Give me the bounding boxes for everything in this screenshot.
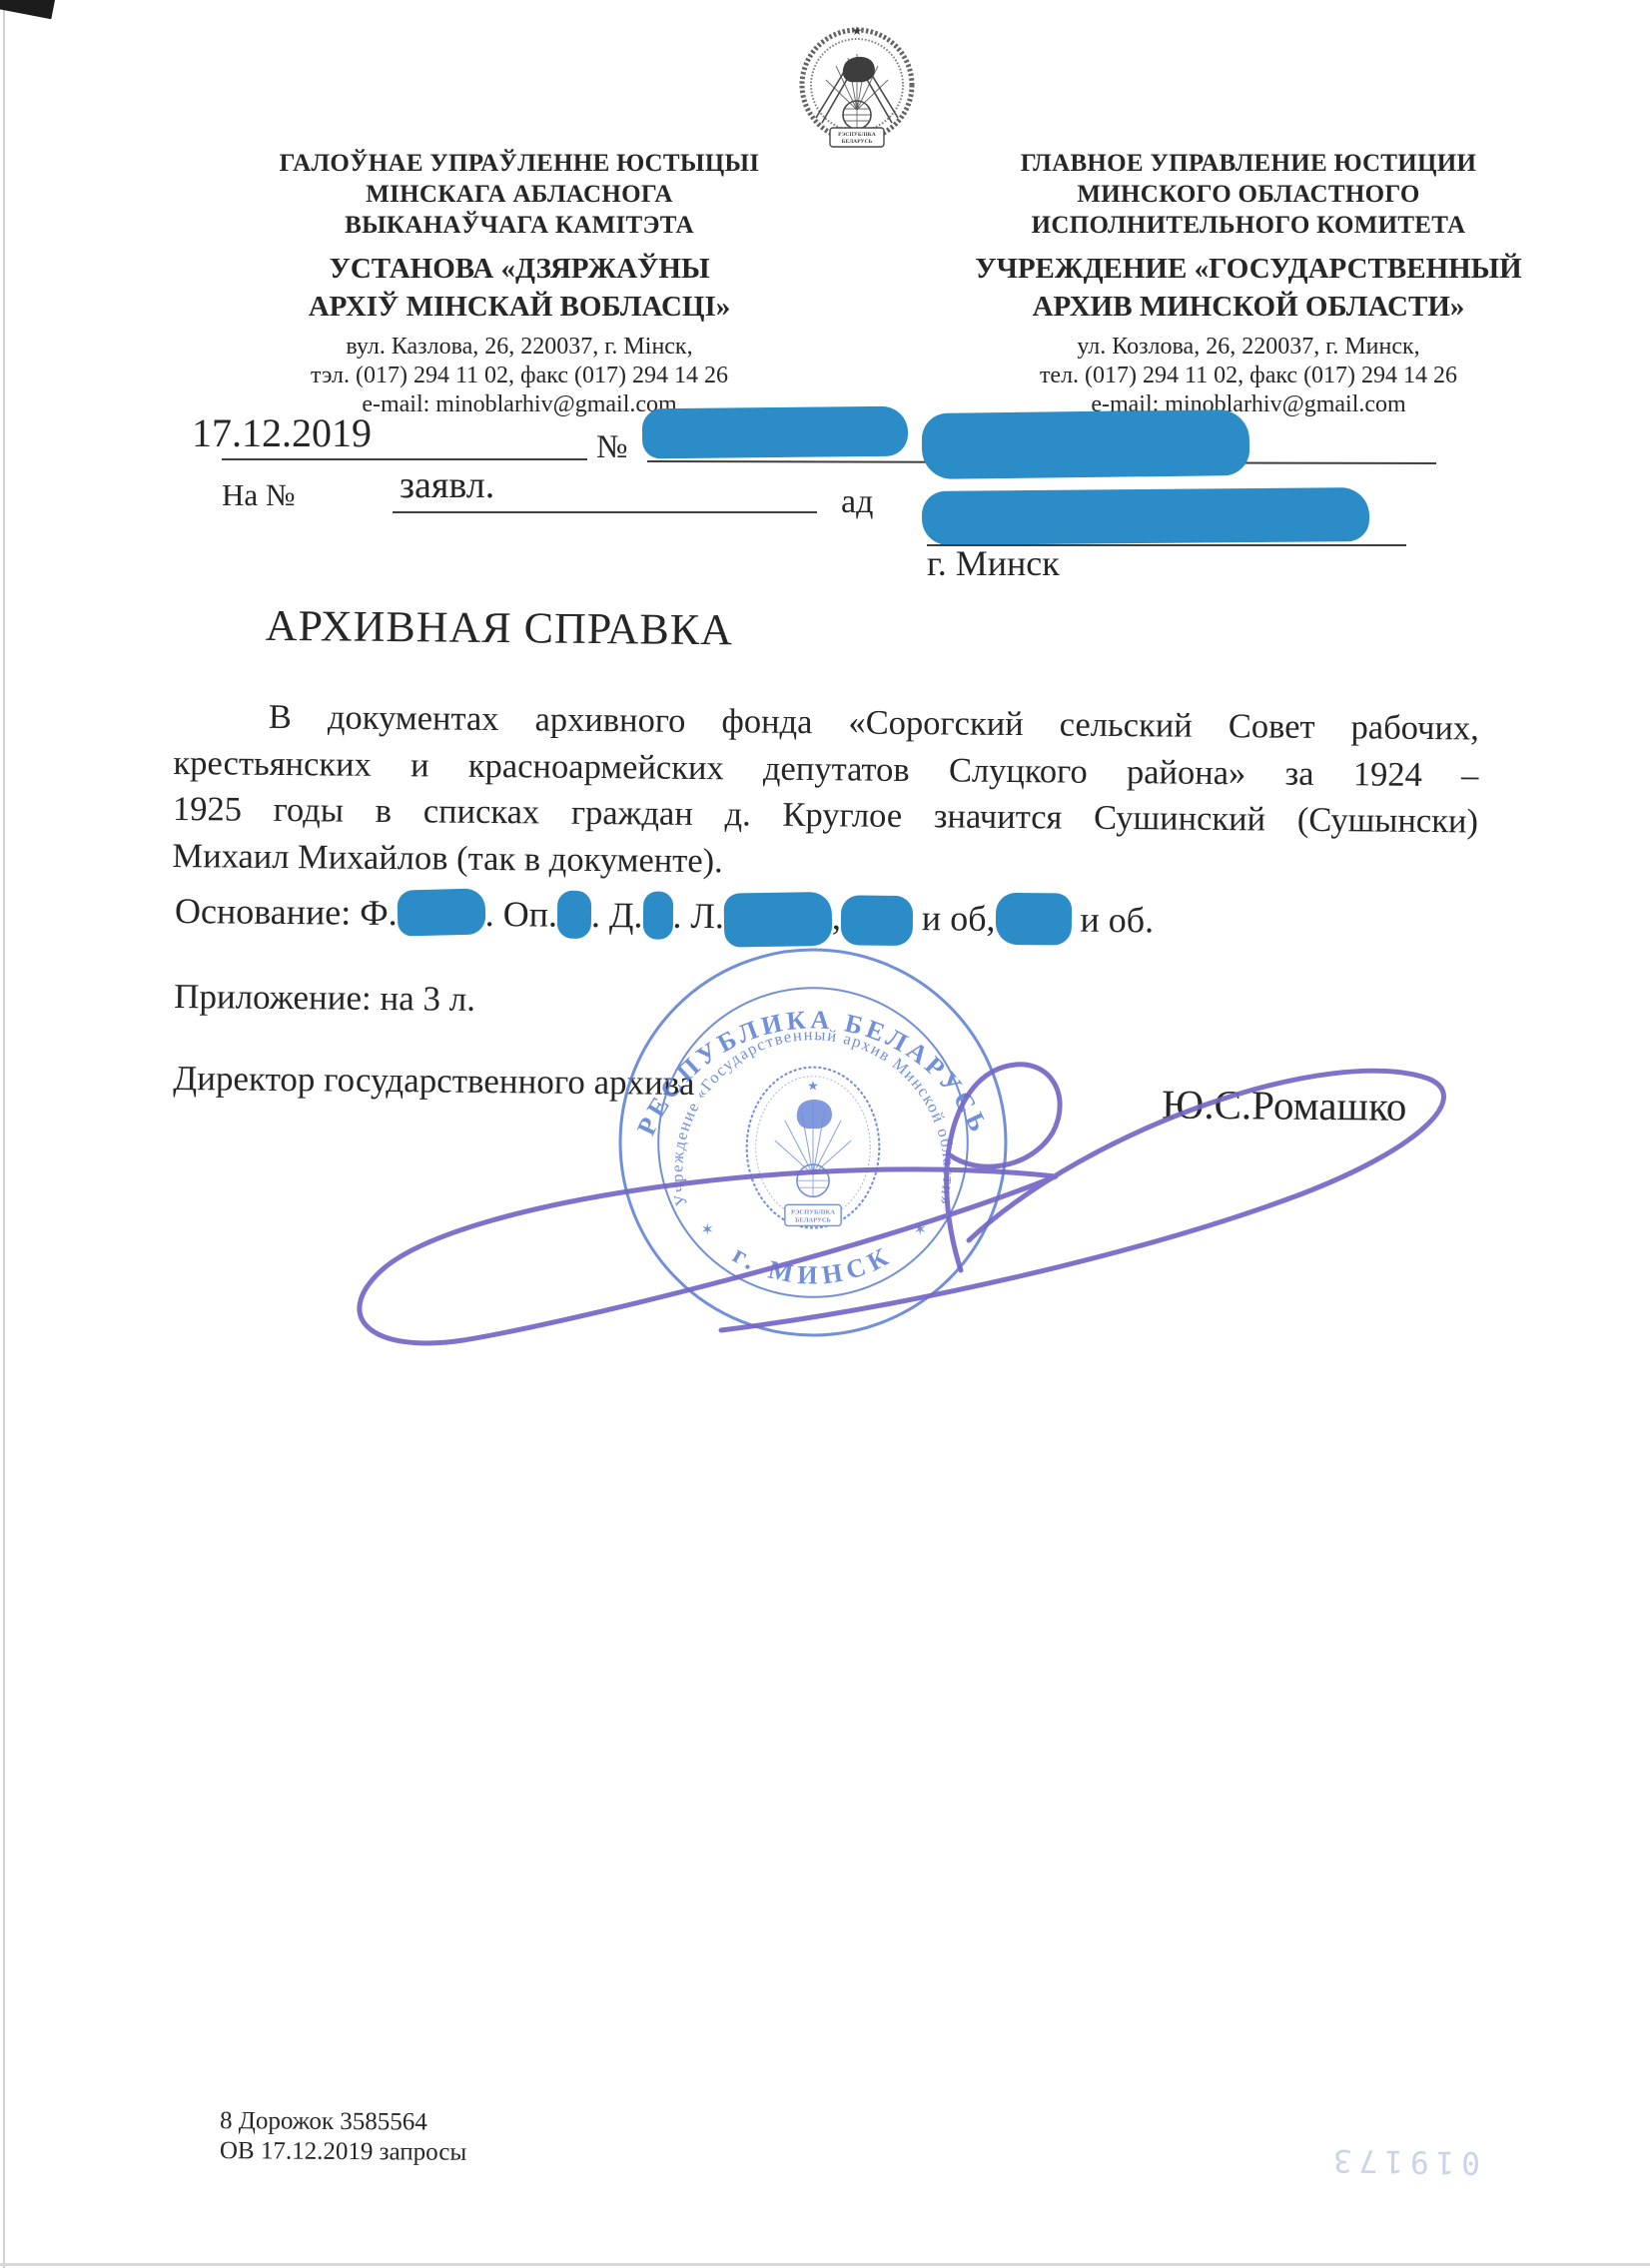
redaction-bar — [922, 409, 1250, 479]
basis-text: . Л. — [672, 896, 724, 936]
institution-name-line: УЧРЕЖДЕНИЕ «ГОСУДАРСТВЕННЫЙ — [944, 250, 1553, 288]
institution-name-line: АРХІЎ МІНСКАЙ ВОБЛАСЦІ» — [215, 288, 824, 326]
basis-text: и об. — [1071, 900, 1154, 941]
emblem-ribbon-text: РЭСПУБЛІКА — [838, 132, 876, 138]
blank-rule — [222, 458, 587, 460]
number-label: № — [596, 429, 628, 466]
reply-number-value: заявл. — [400, 463, 494, 507]
basis-text: , — [832, 897, 841, 937]
redaction-chip — [723, 892, 832, 948]
document-title: АРХИВНАЯ СПРАВКА — [266, 600, 734, 655]
institution-name-line: УСТАНОВА «ДЗЯРЖАЎНЫ — [215, 250, 824, 288]
emblem-star-icon: ★ — [852, 24, 863, 38]
scan-corner-mark — [0, 0, 55, 19]
basis-text: . Д. — [591, 895, 643, 935]
body-paragraph: В документах архивного фонда «Сорогский … — [172, 693, 1479, 892]
org-name-line: ГАЛОЎНАЕ УПРАЎЛЕННЕ ЮСТЫЦЫІ — [215, 148, 824, 179]
letterhead-left: ГАЛОЎНАЕ УПРАЎЛЕННЕ ЮСТЫЦЫІ МІНСКАГА АБЛ… — [215, 148, 824, 419]
address-line: тел. (017) 294 11 02, факс (017) 294 14 … — [944, 362, 1553, 390]
belarus-coat-of-arms-icon: ★ РЭСПУБЛІКА БЕЛАРУСЬ — [792, 22, 922, 152]
org-name-line: ИСПОЛНИТЕЛЬНОГО КОМИТЕТА — [944, 210, 1553, 241]
footer-note: 8 Дорожок 3585564 ОВ 17.12.2019 запросы — [220, 2106, 467, 2168]
redaction-bar — [642, 406, 909, 459]
basis-text: . Оп. — [485, 894, 558, 935]
address-line: вул. Казлова, 26, 220037, г. Мінск, — [215, 333, 824, 362]
city-label: г. Минск — [927, 542, 1060, 584]
address-line: ул. Козлова, 26, 220037, г. Минск, — [944, 333, 1553, 362]
document-page: ★ РЭСПУБЛІКА БЕЛАРУСЬ ГАЛОЎНАЕ УПРАЎЛЕНН… — [0, 0, 1650, 2268]
scan-edge-bottom — [0, 2263, 1650, 2266]
redaction-chip — [557, 891, 591, 939]
redaction-chip — [841, 895, 913, 946]
emblem-ribbon-text: БЕЛАРУСЬ — [842, 139, 873, 145]
org-name-line: МИНСКОГО ОБЛАСТНОГО — [944, 179, 1553, 210]
org-name-line: ВЫКАНАЎЧАГА КАМІТЭТА — [215, 210, 824, 241]
redaction-chip — [642, 891, 672, 939]
redaction-chip — [397, 888, 485, 936]
from-label: ад — [841, 483, 873, 521]
redaction-bar — [922, 487, 1369, 545]
control-number: 019173 — [1326, 2142, 1481, 2181]
redaction-chip — [995, 893, 1071, 946]
letterhead-right: ГЛАВНОЕ УПРАВЛЕНИЕ ЮСТИЦИИ МИНСКОГО ОБЛА… — [944, 148, 1553, 419]
org-name-line: МІНСКАГА АБЛАСНОГА — [215, 179, 824, 210]
footer-note-line: ОВ 17.12.2019 запросы — [220, 2136, 466, 2168]
signature-ink — [310, 1009, 1478, 1408]
footer-note-line: 8 Дорожок 3585564 — [220, 2106, 466, 2138]
reply-number-label: На № — [222, 477, 295, 513]
address-line: тэл. (017) 294 11 02, факс (017) 294 14 … — [215, 362, 824, 390]
blank-rule — [393, 511, 817, 513]
basis-line: Основание: Ф.. Оп.. Д.. Л., и об, и об. — [175, 885, 1155, 950]
basis-text: и об, — [913, 898, 996, 939]
basis-text: Основание: Ф. — [175, 891, 398, 933]
institution-name-line: АРХИВ МИНСКОЙ ОБЛАСТИ» — [944, 288, 1553, 326]
document-date: 17.12.2019 — [192, 409, 372, 456]
org-name-line: ГЛАВНОЕ УПРАВЛЕНИЕ ЮСТИЦИИ — [944, 148, 1553, 179]
